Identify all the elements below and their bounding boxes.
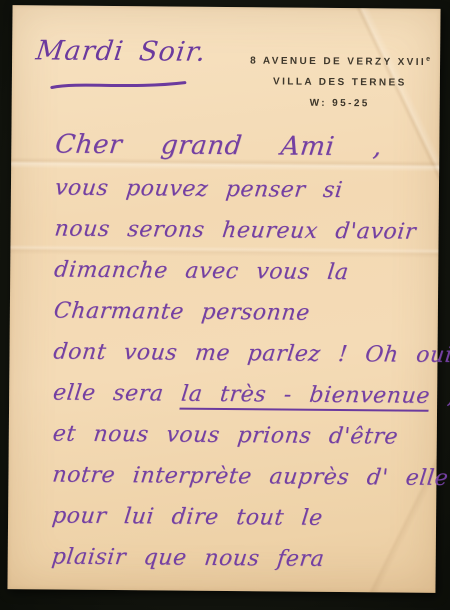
letterhead-address-line: 8 AVENUE DE VERZY XVIIe [244, 47, 436, 73]
letter-paper: Mardi Soir. 8 AVENUE DE VERZY XVIIe VILL… [7, 5, 440, 593]
underlined-phrase: la très - bienvenue [179, 382, 431, 412]
letter-line: Cher grand Ami , [53, 122, 420, 171]
letter-line: dimanche avec vous la [52, 250, 419, 294]
letterhead-address-text: 8 AVENUE DE VERZY XVII [250, 56, 426, 69]
letter-line-with-underline: elle sera la très - bienvenue , [51, 373, 418, 417]
handwritten-date: Mardi Soir. [36, 35, 206, 67]
letter-line-post: , [429, 384, 450, 409]
letterhead: 8 AVENUE DE VERZY XVIIe VILLA DES TERNES… [244, 47, 437, 115]
letter-photograph: Mardi Soir. 8 AVENUE DE VERZY XVIIe VILL… [0, 0, 450, 610]
letter-line: Charmante personne [52, 291, 419, 335]
letterhead-arrondissement-sup: e [426, 56, 430, 63]
letter-line-pre: elle sera [52, 381, 183, 407]
letter-line: vous pouvez penser si [53, 168, 420, 212]
letterhead-villa-line: VILLA DES TERNES [244, 71, 436, 94]
letter-line: plaisir que nous fera [49, 537, 416, 581]
letter-line: et nous vous prions d'être [50, 414, 417, 458]
letter-line: pour lui dire tout le [50, 496, 417, 540]
date-underline-flourish [50, 77, 188, 92]
letter-line: nous serons heureux d'avoir [52, 209, 419, 253]
letter-body: Cher grand Ami , vous pouvez penser si n… [52, 122, 418, 581]
letter-line: dont vous me parlez ! Oh oui, [51, 332, 418, 376]
letter-line: notre interprète auprès d' elle [50, 455, 417, 499]
letterhead-phone-line: W: 95-25 [244, 92, 436, 115]
date-text: Mardi Soir. [34, 35, 208, 67]
